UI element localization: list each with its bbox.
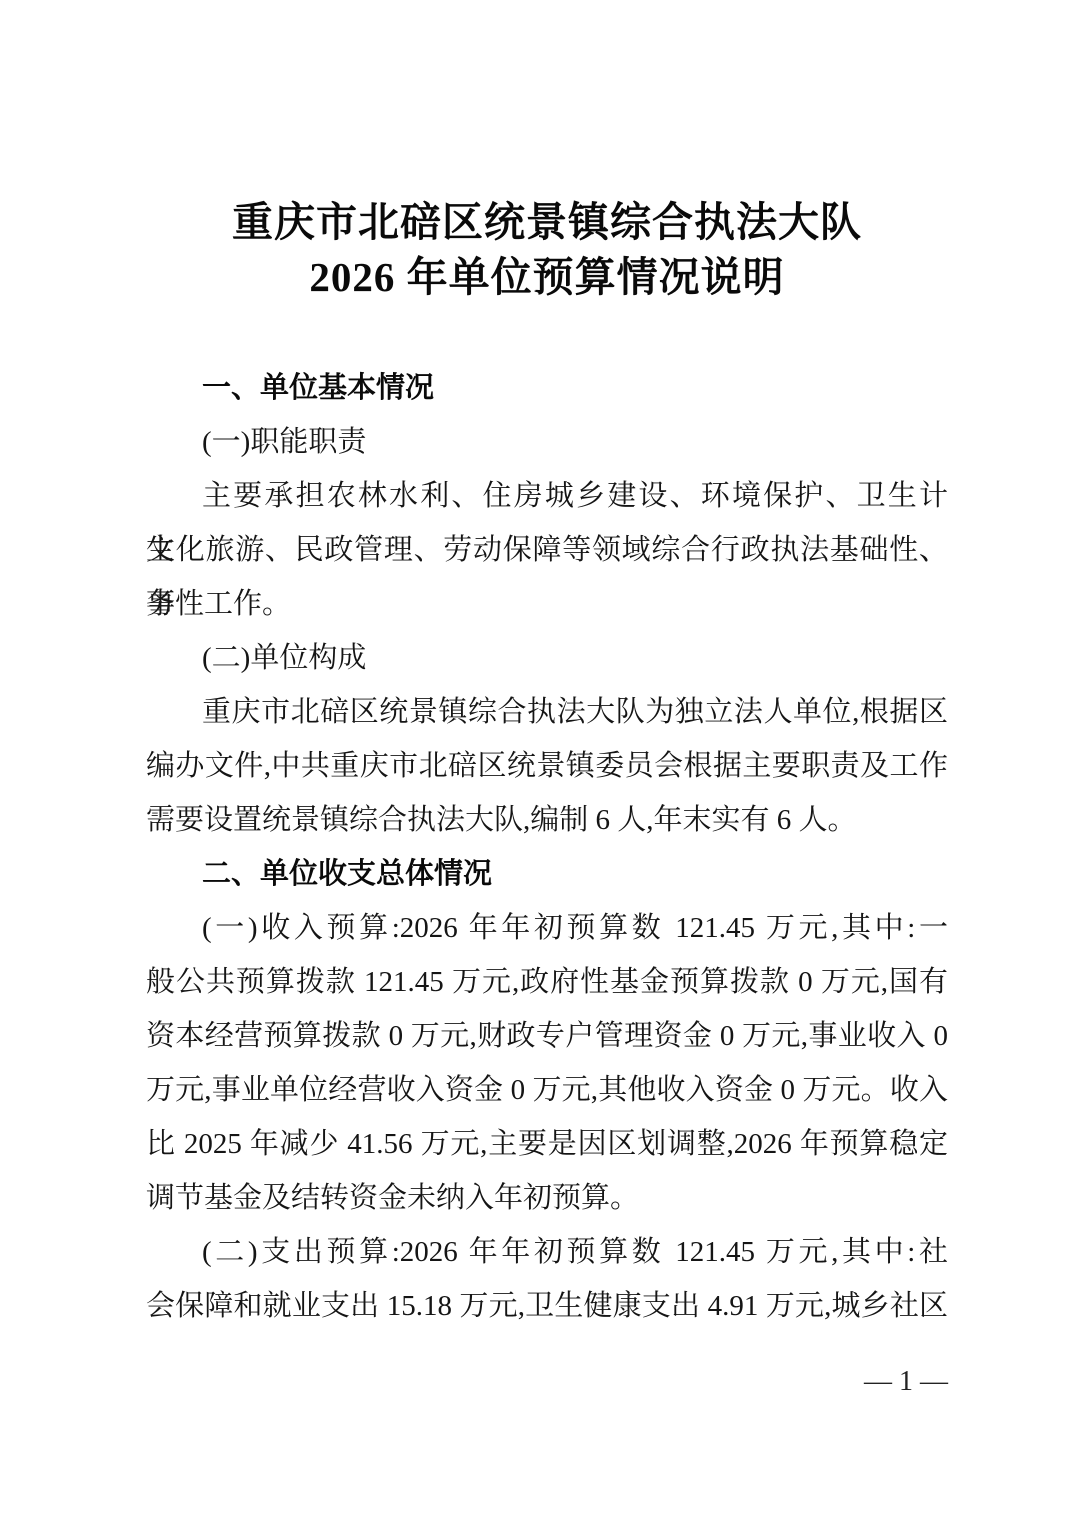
paragraph-line: 需要设置统景镇综合执法大队,编制 6 人,年末实有 6 人。	[146, 793, 948, 847]
document-title-line-2: 2026 年单位预算情况说明	[146, 250, 948, 305]
section-heading: 二、单位收支总体情况	[146, 847, 948, 901]
paragraph-line: 重庆市北碚区统景镇综合执法大队为独立法人单位,根据区	[146, 685, 948, 739]
paragraph-line: 调节基金及结转资金未纳入年初预算。	[146, 1171, 948, 1225]
sub-section-heading: (一)职能职责	[146, 415, 948, 469]
document-title-line-1: 重庆市北碚区统景镇综合执法大队	[146, 195, 948, 250]
page-footer: — 1 —	[146, 1355, 948, 1409]
paragraph-line: (一)收入预算:2026 年年初预算数 121.45 万元,其中:一	[146, 901, 948, 955]
document-title: 重庆市北碚区统景镇综合执法大队 2026 年单位预算情况说明	[146, 195, 948, 305]
paragraph-line: 比 2025 年减少 41.56 万元,主要是因区划调整,2026 年预算稳定	[146, 1117, 948, 1171]
document-page: 重庆市北碚区统景镇综合执法大队 2026 年单位预算情况说明 一、单位基本情况(…	[0, 0, 1074, 1520]
paragraph-line: 主要承担农林水利、住房城乡建设、环境保护、卫生计生、	[146, 469, 948, 523]
page-number: — 1 —	[864, 1366, 948, 1397]
paragraph-line: 会保障和就业支出 15.18 万元,卫生健康支出 4.91 万元,城乡社区	[146, 1279, 948, 1333]
document-body: 一、单位基本情况(一)职能职责主要承担农林水利、住房城乡建设、环境保护、卫生计生…	[146, 361, 948, 1333]
paragraph-line: 务性工作。	[146, 577, 948, 631]
sub-section-heading: (二)单位构成	[146, 631, 948, 685]
paragraph-line: 般公共预算拨款 121.45 万元,政府性基金预算拨款 0 万元,国有	[146, 955, 948, 1009]
paragraph-line: 编办文件,中共重庆市北碚区统景镇委员会根据主要职责及工作	[146, 739, 948, 793]
paragraph-line: 资本经营预算拨款 0 万元,财政专户管理资金 0 万元,事业收入 0	[146, 1009, 948, 1063]
section-heading: 一、单位基本情况	[146, 361, 948, 415]
paragraph-line: 文化旅游、民政管理、劳动保障等领域综合行政执法基础性、事	[146, 523, 948, 577]
paragraph-line: 万元,事业单位经营收入资金 0 万元,其他收入资金 0 万元。收入	[146, 1063, 948, 1117]
paragraph-line: (二)支出预算:2026 年年初预算数 121.45 万元,其中:社	[146, 1225, 948, 1279]
